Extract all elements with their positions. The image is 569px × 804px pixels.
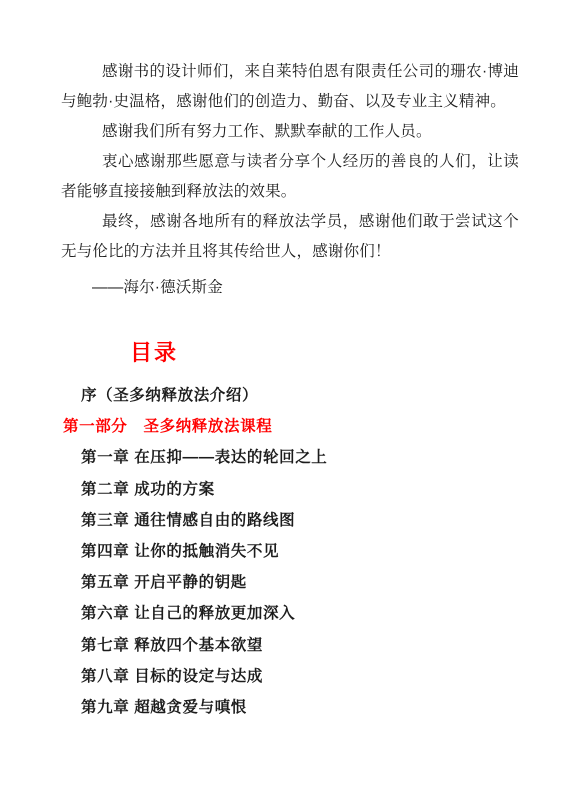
toc-entry-chapter-9: 第九章 超越贪爱与嗔恨 (61, 692, 519, 723)
toc-entry-chapter-4: 第四章 让你的抵触消失不见 (61, 536, 519, 567)
acknowledgments-section: 感谢书的设计师们，来自莱特伯恩有限责任公司的珊农·博迪与鲍勃·史温格，感谢他们的… (61, 57, 519, 303)
acknowledgment-paragraph: 最终，感谢各地所有的释放法学员，感谢他们敢于尝试这个无与伦比的方法并且将其传给世… (61, 207, 519, 267)
toc-entry-part-1: 第一部分 圣多纳释放法课程 (61, 411, 519, 442)
toc-entry-chapter-1: 第一章 在压抑——表达的轮回之上 (61, 442, 519, 473)
toc-entry-chapter-8: 第八章 目标的设定与达成 (61, 661, 519, 692)
toc-entry-preface: 序（圣多纳释放法介绍） (61, 380, 519, 411)
toc-entry-chapter-6: 第六章 让自己的释放更加深入 (61, 598, 519, 629)
acknowledgment-paragraph: 衷心感谢那些愿意与读者分享个人经历的善良的人们，让读者能够直接接触到释放法的效果… (61, 147, 519, 207)
acknowledgment-paragraph: 感谢书的设计师们，来自莱特伯恩有限责任公司的珊农·博迪与鲍勃·史温格，感谢他们的… (61, 57, 519, 117)
toc-entry-chapter-2: 第二章 成功的方案 (61, 474, 519, 505)
toc-entry-chapter-3: 第三章 通往情感自由的路线图 (61, 505, 519, 536)
toc-entry-chapter-5: 第五章 开启平静的钥匙 (61, 567, 519, 598)
toc-title: 目录 (130, 340, 519, 366)
table-of-contents: 序（圣多纳释放法介绍） 第一部分 圣多纳释放法课程 第一章 在压抑——表达的轮回… (61, 380, 519, 723)
document-page: 感谢书的设计师们，来自莱特伯恩有限责任公司的珊农·博迪与鲍勃·史温格，感谢他们的… (0, 0, 569, 804)
toc-entry-chapter-7: 第七章 释放四个基本欲望 (61, 630, 519, 661)
acknowledgment-paragraph: 感谢我们所有努力工作、默默奉献的工作人员。 (61, 117, 519, 147)
page-content: 感谢书的设计师们，来自莱特伯恩有限责任公司的珊农·博迪与鲍勃·史温格，感谢他们的… (0, 0, 569, 723)
author-signature: ——海尔·德沃斯金 (61, 273, 519, 303)
